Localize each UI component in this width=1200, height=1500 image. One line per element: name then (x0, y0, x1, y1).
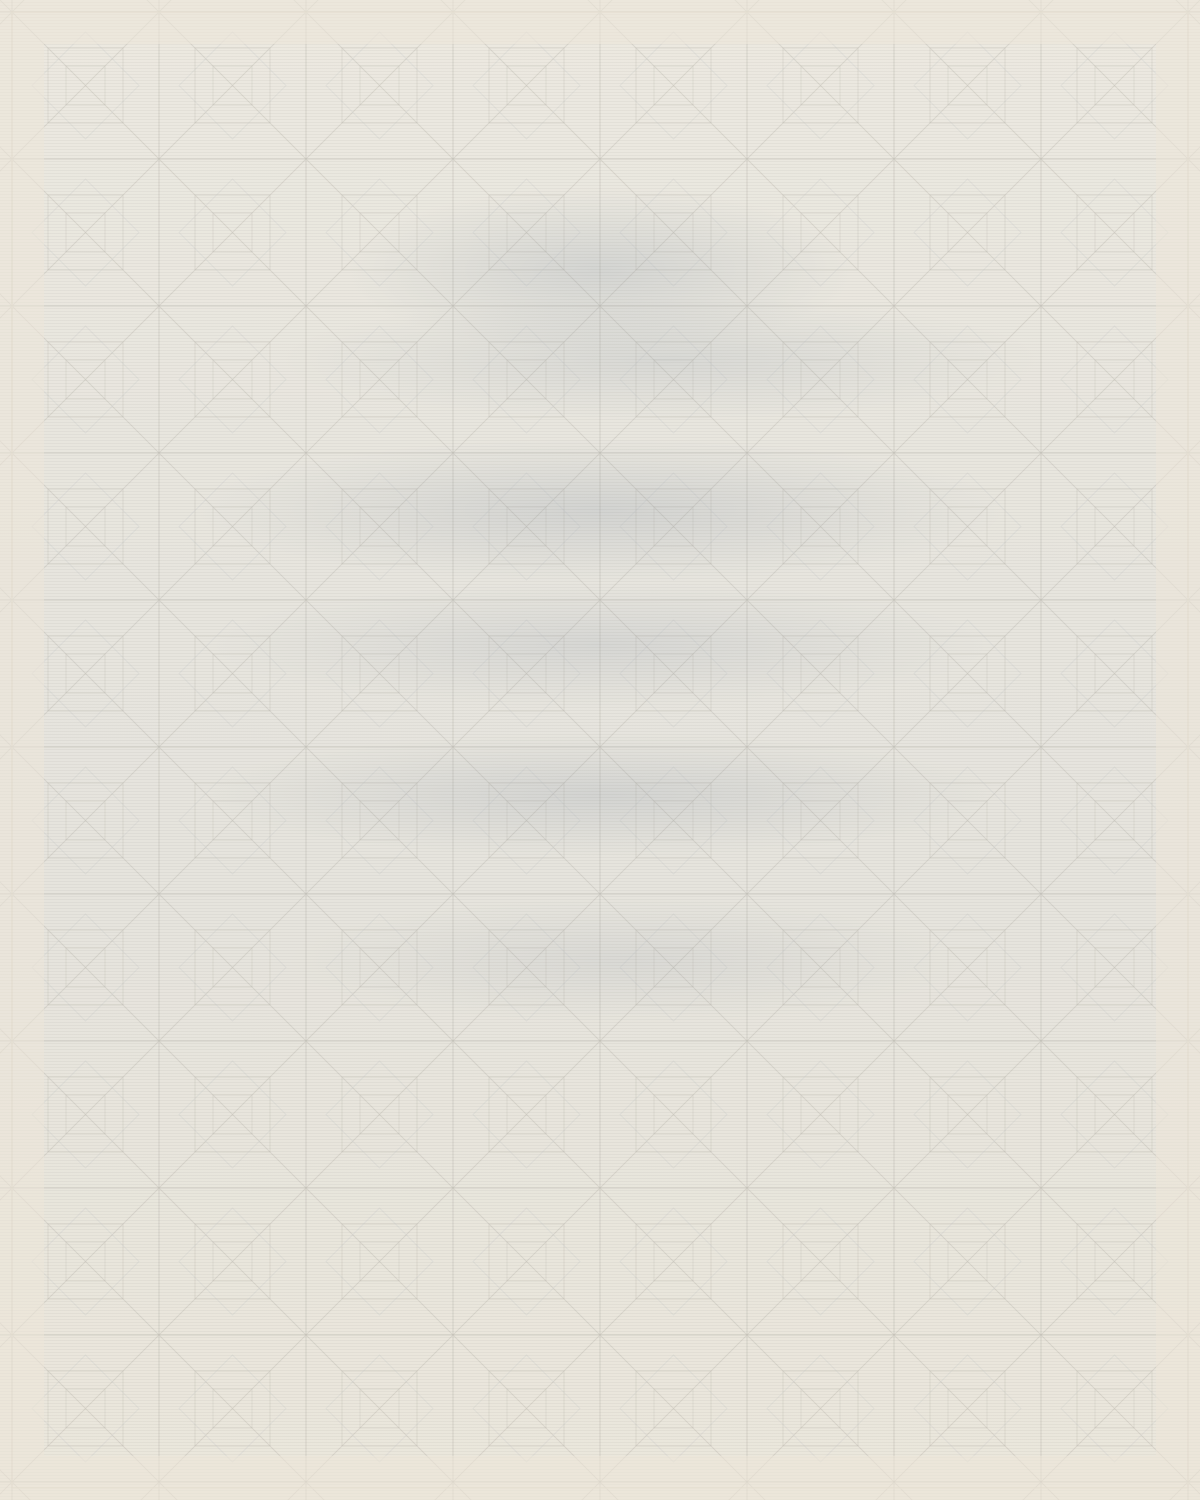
rug-border (0, 0, 1200, 1500)
rug-photo (0, 0, 1200, 1500)
